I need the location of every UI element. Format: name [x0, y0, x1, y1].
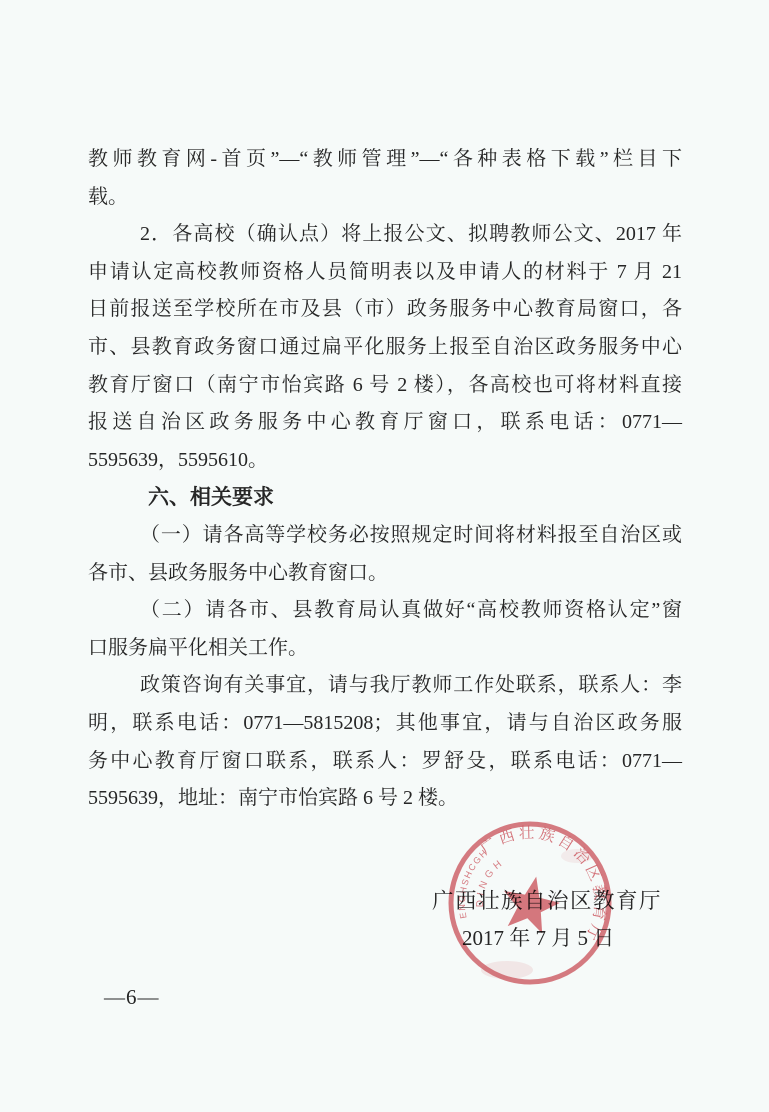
document-line: 明，联系电话：0771—5815208；其他事宜，请与自治区政务服	[88, 705, 682, 743]
document-line: 2．各高校（确认点）将上报公文、拟聘教师公文、2017 年	[88, 216, 682, 254]
document-line: （一）请各高等学校务必按照规定时间将材料报至自治区或	[88, 517, 682, 555]
document-line: 载。	[88, 179, 682, 217]
document-line: 市、县教育政务窗口通过扁平化服务上报至自治区政务服务中心	[88, 329, 682, 367]
document-line: 报送自治区政务服务中心教育厅窗口，联系电话：0771—	[88, 404, 682, 442]
document-line: 务中心教育厅窗口联系，联系人：罗舒殳，联系电话：0771—	[88, 743, 682, 781]
document-line: 申请认定高校教师资格人员简明表以及申请人的材料于 7 月 21	[88, 254, 682, 292]
document-line: 各市、县政务服务中心教育窗口。	[88, 555, 682, 593]
section-heading: 六、相关要求	[88, 479, 682, 517]
document-line: 5595639，地址：南宁市怡宾路 6 号 2 楼。	[88, 780, 682, 818]
page-number-footer: —6—	[104, 985, 160, 1010]
document-page: 教师教育网-首页”—“教师管理”—“各种表格下载”栏目下载。2．各高校（确认点）…	[0, 0, 769, 1112]
document-lines: 教师教育网-首页”—“教师管理”—“各种表格下载”栏目下载。2．各高校（确认点）…	[88, 141, 682, 818]
document-line: 教育厅窗口（南宁市怡宾路 6 号 2 楼），各高校也可将材料直接	[88, 367, 682, 405]
document-line: 政策咨询有关事宜，请与我厅教师工作处联系，联系人：李	[88, 667, 682, 705]
document-line: 教师教育网-首页”—“教师管理”—“各种表格下载”栏目下	[88, 141, 682, 179]
official-seal: ENGHSHCGH 广西壮族自治区教育厅 DINGH	[445, 818, 615, 988]
document-line: （二）请各市、县教育局认真做好“高校教师资格认定”窗	[88, 592, 682, 630]
document-line: 5595639，5595610。	[88, 442, 682, 480]
document-line: 口服务扁平化相关工作。	[88, 630, 682, 668]
seal-star-icon	[497, 871, 564, 936]
document-line: 日前报送至学校所在市及县（市）政务服务中心教育局窗口，各	[88, 291, 682, 329]
